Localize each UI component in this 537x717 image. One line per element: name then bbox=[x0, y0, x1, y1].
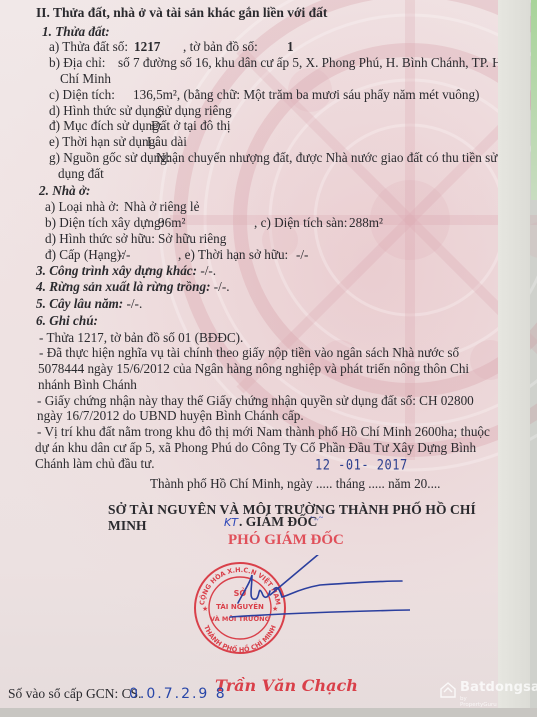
house-type-value: Nhà ở riêng lẻ bbox=[124, 199, 199, 215]
other-construction: 3. Công trình xây dựng khác: -/-. bbox=[36, 263, 216, 279]
floor-area-label: , c) Diện tích sàn: bbox=[254, 215, 347, 231]
purpose-value: Đất ở tại đô thị bbox=[151, 118, 231, 134]
place-date-line: Thành phố Hồ Chí Minh, ngày ..... tháng … bbox=[150, 476, 440, 492]
other-construction-value: -/-. bbox=[200, 263, 216, 278]
owner-term-label: , e) Thời hạn sở hữu: bbox=[178, 247, 288, 263]
perennial-label: 5. Cây lâu năm: bbox=[36, 296, 123, 311]
notes-heading: 6. Ghi chú: bbox=[36, 313, 98, 329]
deputy-director-title: PHÓ GIÁM ĐỐC bbox=[228, 532, 344, 549]
purpose-label: đ) Mục đích sử dụng: bbox=[49, 118, 162, 134]
batdongsan-logo-icon bbox=[440, 682, 456, 698]
signer-name: Trần Văn Chạch bbox=[215, 676, 358, 695]
area-label: c) Diện tích: bbox=[49, 87, 115, 103]
watermark-sub: by PropertyGuru bbox=[460, 696, 497, 708]
note-line: - Giấy chứng nhận này thay thế Giấy chứn… bbox=[37, 393, 474, 409]
director-title: . GIÁM ĐỐC bbox=[239, 514, 317, 530]
floor-area-value: 288m² bbox=[349, 215, 383, 231]
address-line-2: Chí Minh bbox=[60, 71, 111, 87]
term-value: Lâu dài bbox=[147, 134, 187, 150]
note-line: - Thửa 1217, tờ bản đồ số 01 (BĐĐC). bbox=[39, 330, 243, 346]
page-bottom-edge bbox=[0, 708, 537, 717]
parcel-label: a) Thửa đất số: bbox=[49, 39, 128, 55]
note-line: - Vị trí khu đất nằm trong khu đô thị mớ… bbox=[37, 424, 490, 440]
origin-line-2: dụng đất bbox=[58, 166, 104, 182]
address-label: b) Địa chỉ: bbox=[49, 55, 105, 71]
other-construction-label: 3. Công trình xây dựng khác: bbox=[36, 263, 197, 278]
build-area-value: 96m² bbox=[158, 215, 185, 231]
background-edge bbox=[531, 0, 537, 200]
handwritten-signature bbox=[210, 555, 410, 635]
perennial-value: -/-. bbox=[127, 296, 143, 311]
house-heading: 2. Nhà ở: bbox=[39, 183, 90, 199]
area-value: 136,5m², (bằng chữ: Một trăm ba mươi sáu… bbox=[133, 87, 479, 103]
address-line-1: số 7 đường số 16, khu dân cư ấp 5, X. Ph… bbox=[118, 55, 508, 71]
note-line: ngày 16/7/2012 do UBND huyện Bình Chánh … bbox=[37, 408, 304, 424]
perennial: 5. Cây lâu năm: -/-. bbox=[36, 296, 142, 312]
note-line: - Đã thực hiện nghĩa vụ tài chính theo g… bbox=[39, 345, 459, 361]
registry-number: 0.0.7.2.9 8 bbox=[129, 686, 227, 702]
ownership-label: d) Hình thức sở hữu: bbox=[45, 231, 155, 247]
kt-mark: KT bbox=[224, 516, 238, 529]
certificate-page: II. Thửa đất, nhà ở và tài sản khác gắn … bbox=[0, 0, 498, 708]
origin-label: g) Nguồn gốc sử dụng: bbox=[49, 150, 170, 166]
forest-label: 4. Rừng sản xuất là rừng trồng: bbox=[36, 279, 210, 294]
house-type-label: a) Loại nhà ở: bbox=[45, 199, 119, 215]
owner-term-value: -/- bbox=[296, 247, 308, 263]
section-title: II. Thửa đất, nhà ở và tài sản khác gắn … bbox=[36, 5, 327, 21]
use-form-label: d) Hình thức sử dụng: bbox=[49, 103, 165, 119]
use-form-value: Sử dụng riêng bbox=[157, 103, 232, 119]
registry-label: Số vào sổ cấp GCN: CS. bbox=[8, 686, 142, 702]
watermark-name: Batdongsan bbox=[460, 680, 537, 695]
page-edge bbox=[498, 0, 530, 717]
svg-text:★: ★ bbox=[202, 605, 208, 613]
note-line: nhánh Bình Chánh bbox=[38, 377, 137, 393]
parcel-number: 1217 bbox=[134, 39, 160, 55]
forest: 4. Rừng sản xuất là rừng trồng: -/-. bbox=[36, 279, 230, 295]
ownership-value: Sở hữu riêng bbox=[158, 231, 226, 247]
map-sheet-label: , tờ bản đồ số: bbox=[183, 39, 258, 55]
term-label: e) Thời hạn sử dụng: bbox=[49, 134, 159, 150]
date-stamp: 12 -01- 2017 bbox=[315, 457, 408, 473]
forest-value: -/-. bbox=[214, 279, 230, 294]
note-line: dự án khu dân cư ấp 5, xã Phong Phú do C… bbox=[35, 440, 476, 456]
map-sheet-number: 1 bbox=[287, 39, 294, 55]
grade-label: đ) Cấp (Hạng): bbox=[45, 247, 125, 263]
origin-line-1: Nhận chuyển nhượng đất, được Nhà nước gi… bbox=[156, 150, 497, 166]
note-line: Chánh làm chủ đầu tư. bbox=[35, 456, 155, 472]
grade-value: -/- bbox=[118, 247, 130, 263]
land-heading: 1. Thửa đất: bbox=[42, 24, 110, 40]
build-area-label: b) Diện tích xây dựng: bbox=[45, 215, 164, 231]
handwritten-mark: ~ᵥᵥ~ bbox=[310, 513, 323, 522]
note-line: 5078444 ngày 15/6/2012 của Ngân hàng nôn… bbox=[38, 361, 469, 377]
